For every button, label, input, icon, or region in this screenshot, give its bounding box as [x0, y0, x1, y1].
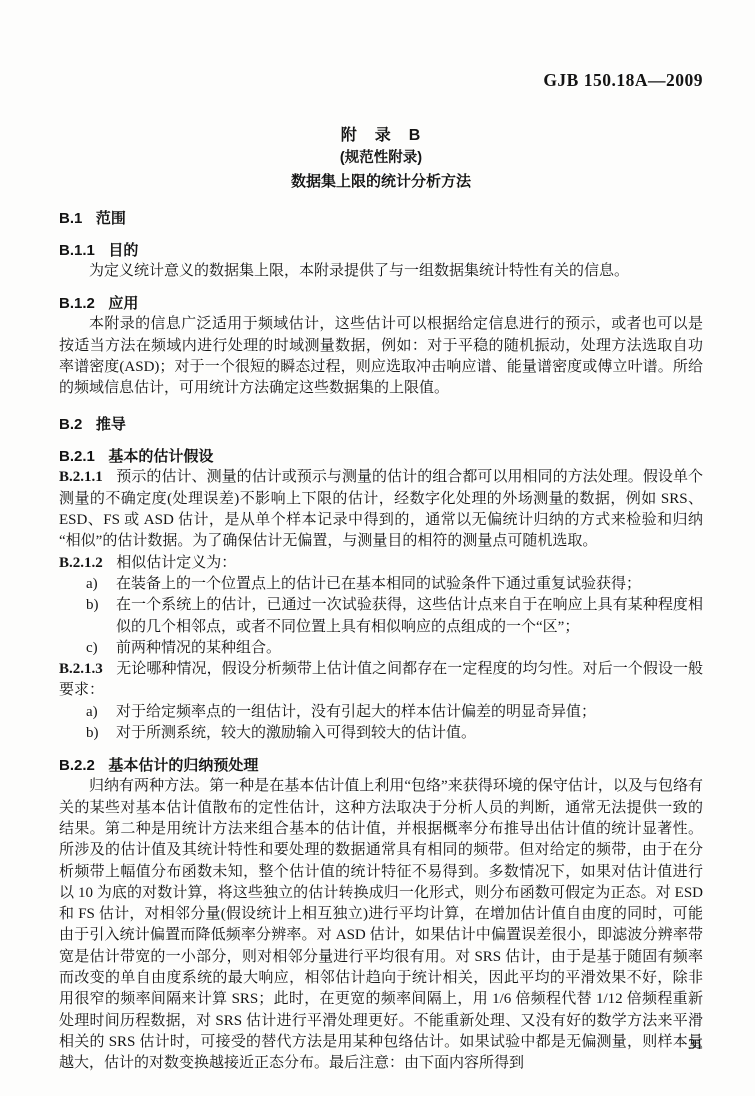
clause-b213: B.2.1.3无论哪种情况，假设分析频带上估计值之间都存在一定程度的均匀性。对后… — [59, 659, 703, 702]
section-number-b12: B.1.2 — [59, 295, 95, 312]
list-item-b212-a: a) 在装备上的一个位置点上的估计已在基本相同的试验条件下通过重复试验获得； — [59, 574, 703, 595]
appendix-type: (规范性附录) — [59, 147, 703, 170]
list-item-b212-b: b) 在一个系统上的估计，已通过一次试验获得，这些估计点来自于在响应上具有某种程… — [59, 595, 703, 638]
clause-b212: B.2.1.2相似估计定义为： — [59, 553, 703, 574]
list-item-b213-a: a) 对于给定频率点的一组估计，没有引起大的样本估计偏差的明显奇异值； — [59, 702, 703, 723]
section-number-b21: B.2.1 — [59, 448, 95, 465]
appendix-label: 附 录 B — [59, 124, 703, 147]
clause-text-b213: 无论哪种情况，假设分析频带上估计值之间都存在一定程度的均匀性。对后一个假设一般要… — [59, 661, 703, 698]
list-marker: a) — [86, 702, 116, 723]
section-title-b22: 基本估计的归纳预处理 — [108, 757, 258, 774]
document-page: GJB 150.18A—2009 附 录 B (规范性附录) 数据集上限的统计分… — [0, 0, 755, 1096]
clause-number-b213: B.2.1.3 — [59, 661, 103, 677]
section-number-b22: B.2.2 — [59, 757, 95, 774]
list-item-text: 对于给定频率点的一组估计，没有引起大的样本估计偏差的明显奇异值； — [116, 702, 703, 723]
list-item-text: 在一个系统上的估计，已通过一次试验获得，这些估计点来自于在响应上具有某种程度相似… — [116, 595, 703, 638]
section-number-b1: B.1 — [59, 210, 82, 227]
list-marker: a) — [86, 574, 116, 595]
appendix-heading: 附 录 B (规范性附录) 数据集上限的统计分析方法 — [59, 124, 703, 193]
appendix-title: 数据集上限的统计分析方法 — [59, 170, 703, 193]
paragraph-b12: 本附录的信息广泛适用于频域估计，这些估计可以根据给定信息进行的预示，或者也可以是… — [59, 314, 703, 399]
section-heading-b11: B.1.1目的 — [59, 240, 703, 261]
section-title-b11: 目的 — [108, 242, 138, 259]
page-content: GJB 150.18A—2009 附 录 B (规范性附录) 数据集上限的统计分… — [59, 0, 703, 1075]
section-title-b1: 范围 — [96, 210, 126, 227]
list-item-text: 前两种情况的某种组合。 — [116, 638, 703, 659]
standard-code: GJB 150.18A—2009 — [59, 70, 703, 91]
clause-b211: B.2.1.1预示的估计、测量的估计或预示与测量的估计的组合都可以用相同的方法处… — [59, 467, 703, 552]
paragraph-b22: 归纳有两种方法。第一种是在基本估计值上利用“包络”来获得环境的保守估计，以及与包… — [59, 776, 703, 1074]
section-title-b12: 应用 — [108, 295, 138, 312]
clause-number-b211: B.2.1.1 — [59, 469, 103, 485]
section-title-b2: 推导 — [96, 416, 126, 433]
section-heading-b21: B.2.1基本的估计假设 — [59, 446, 703, 467]
section-heading-b2: B.2推导 — [59, 414, 703, 435]
clause-text-b212: 相似估计定义为： — [116, 555, 236, 571]
section-number-b11: B.1.1 — [59, 242, 95, 259]
list-marker: c) — [86, 638, 116, 659]
section-heading-b22: B.2.2基本估计的归纳预处理 — [59, 755, 703, 776]
paragraph-b11: 为定义统计意义的数据集上限，本附录提供了与一组数据集统计特性有关的信息。 — [59, 261, 703, 282]
clause-number-b212: B.2.1.2 — [59, 555, 103, 571]
list-item-b212-c: c) 前两种情况的某种组合。 — [59, 638, 703, 659]
list-item-text: 对于所测系统，较大的激励输入可得到较大的估计值。 — [116, 723, 703, 744]
section-number-b2: B.2 — [59, 416, 82, 433]
section-title-b21: 基本的估计假设 — [108, 448, 213, 465]
list-item-text: 在装备上的一个位置点上的估计已在基本相同的试验条件下通过重复试验获得； — [116, 574, 703, 595]
clause-text-b211: 预示的估计、测量的估计或预示与测量的估计的组合都可以用相同的方法处理。假设单个测… — [59, 469, 703, 549]
section-heading-b1: B.1范围 — [59, 208, 703, 229]
list-item-b213-b: b) 对于所测系统，较大的激励输入可得到较大的估计值。 — [59, 723, 703, 744]
section-heading-b12: B.1.2应用 — [59, 293, 703, 314]
page-number: 31 — [688, 1037, 703, 1054]
list-marker: b) — [86, 595, 116, 638]
list-marker: b) — [86, 723, 116, 744]
